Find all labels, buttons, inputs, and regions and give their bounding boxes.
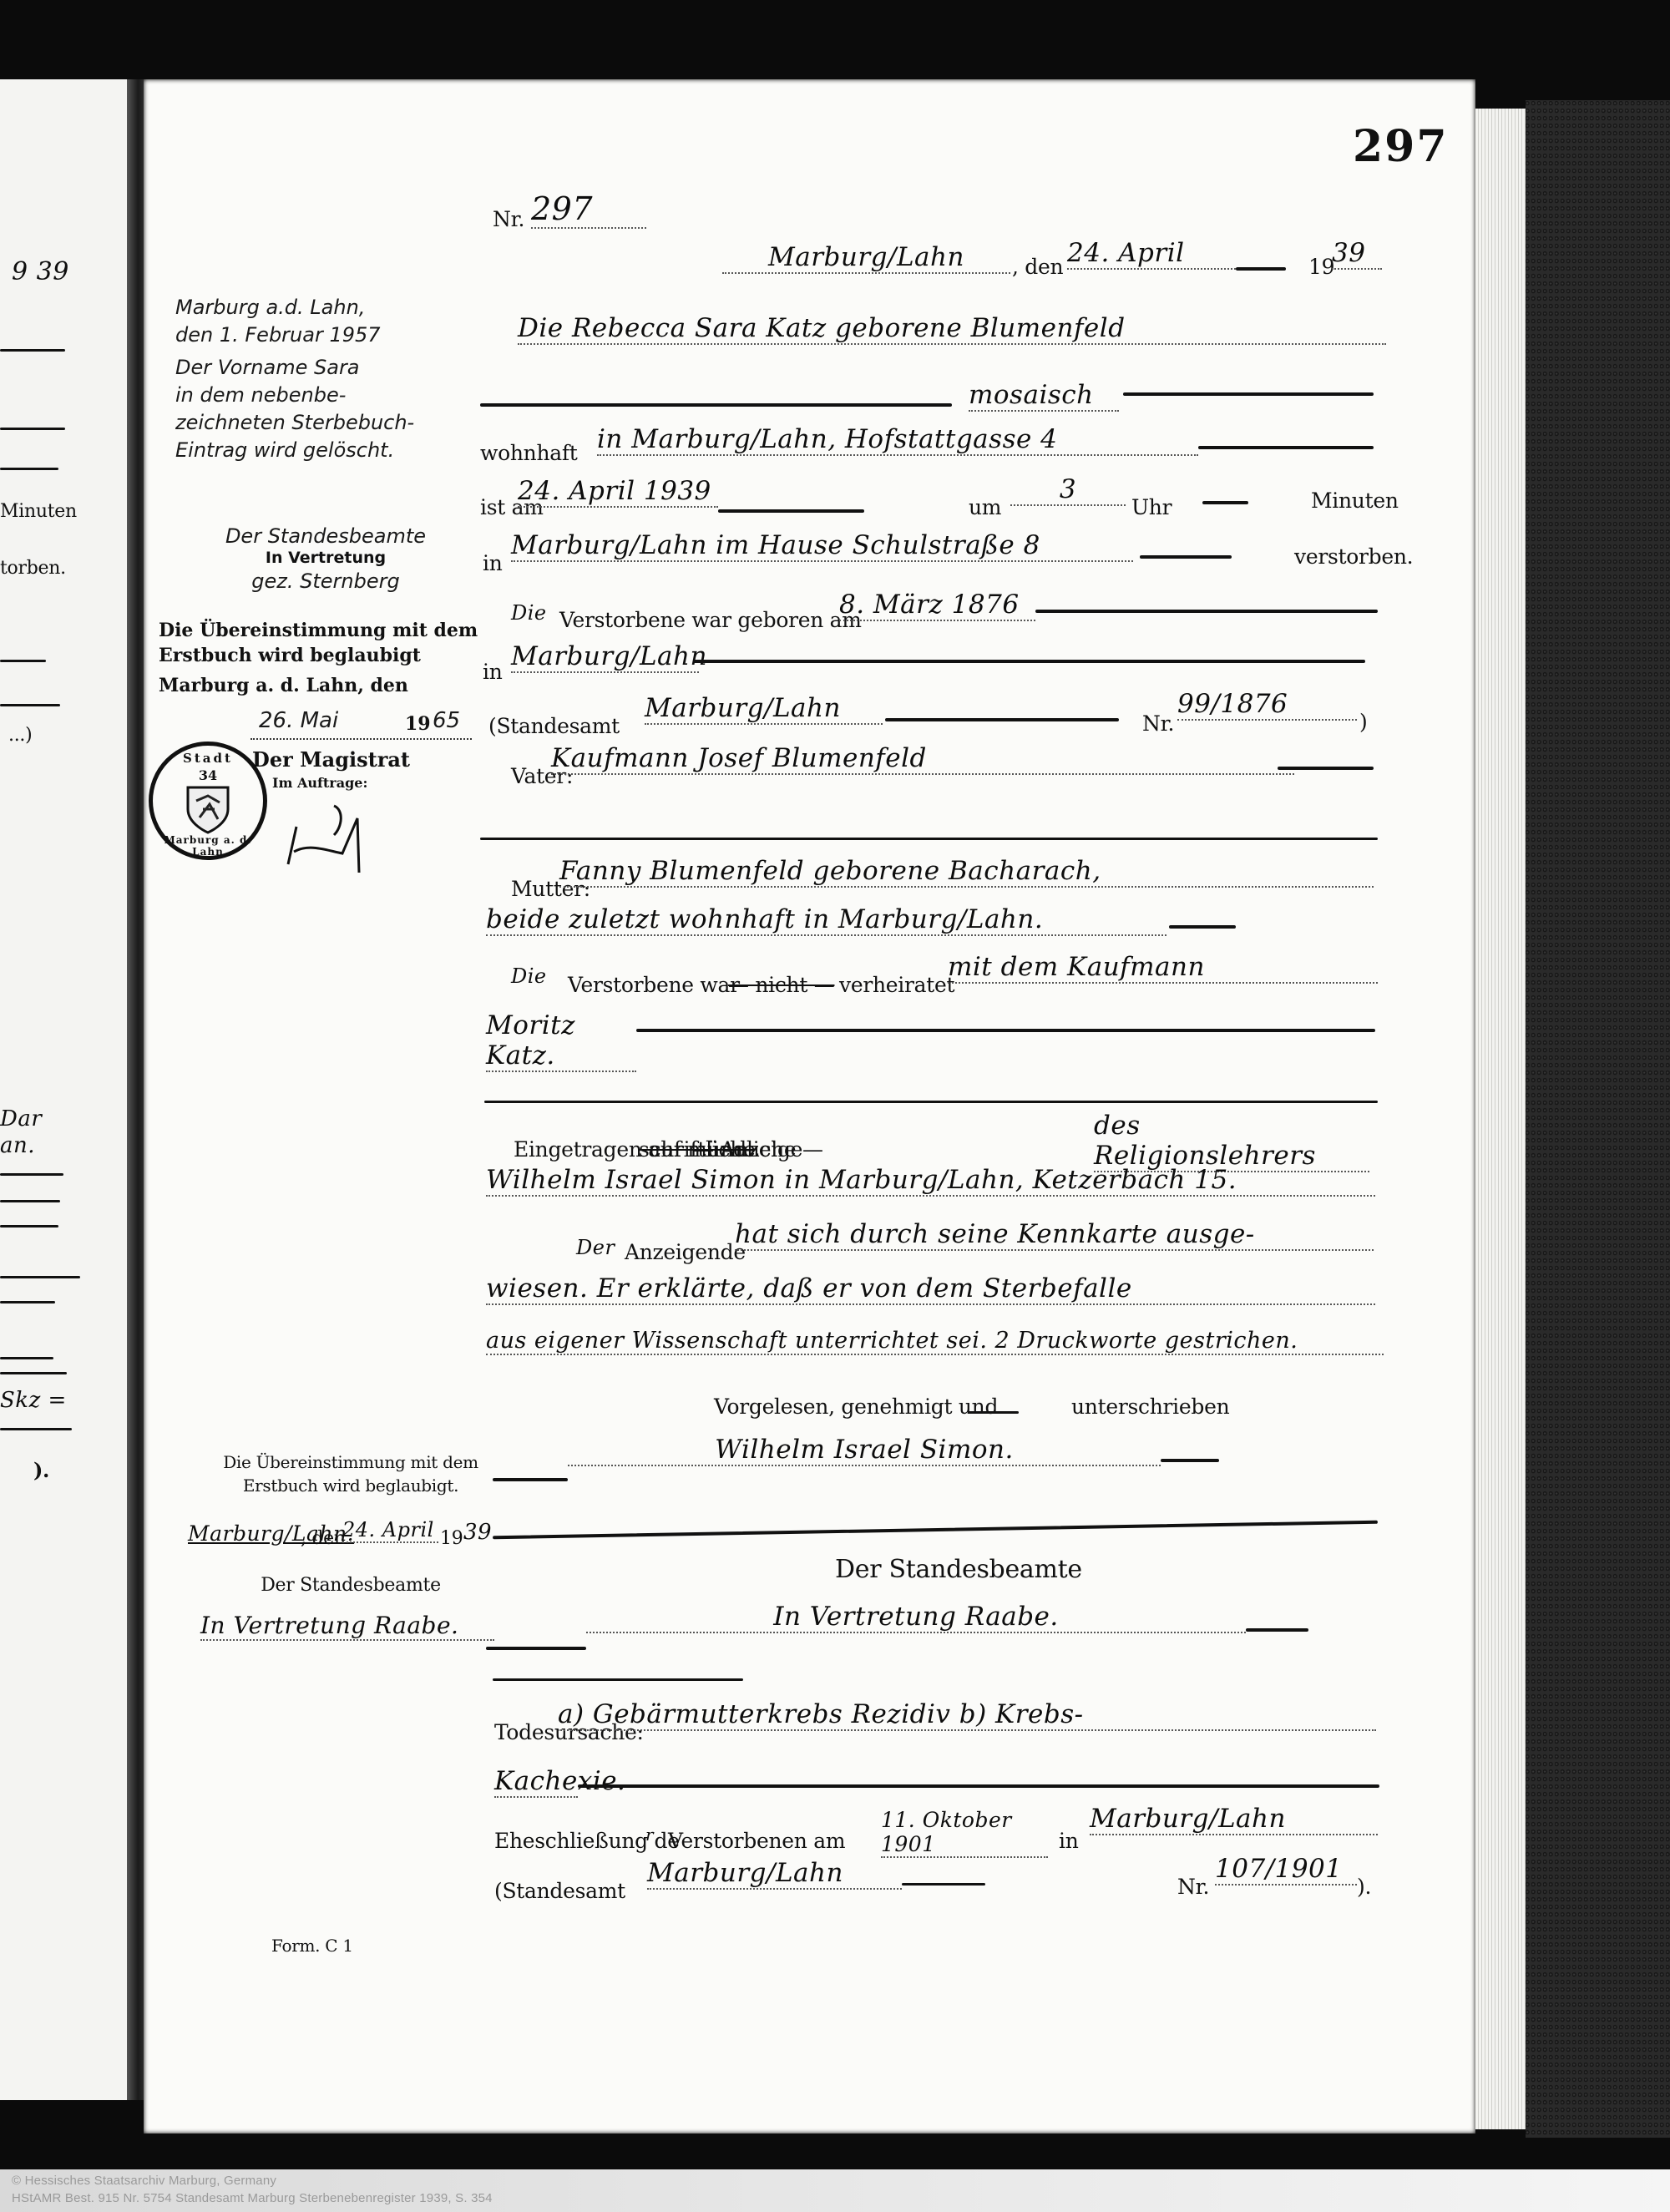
read-label: Vorgelesen, genehmigt und	[714, 1395, 998, 1419]
entry-nr-label: Nr.	[493, 207, 524, 231]
mother: Fanny Blumenfeld geborene Bacharach,	[559, 856, 1374, 888]
seal-number: 34	[153, 767, 263, 783]
married-struck-text: — nicht —	[728, 973, 834, 997]
fill-rule	[1236, 267, 1286, 271]
fill-rule	[718, 509, 864, 513]
cert-1965-date: 26. Mai	[259, 708, 338, 733]
religion: mosaisch	[969, 380, 1119, 412]
born-prefix: Die	[511, 601, 547, 625]
married-label-1: Verstorbene war	[568, 973, 740, 997]
left-rule	[0, 1200, 60, 1202]
cert-1939-den: , den	[301, 1528, 346, 1549]
fill-rule	[969, 1411, 1019, 1414]
birth-nr: 99/1876	[1177, 689, 1357, 721]
born-label: Verstorbene war geboren am	[559, 608, 862, 632]
cert-1965-line1: Die Übereinstimmung mit dem	[159, 618, 478, 643]
left-rule	[0, 704, 60, 706]
fill-rule	[1202, 501, 1248, 504]
cert-1939-date: 24. April	[342, 1518, 438, 1543]
residence-label: wohnhaft	[480, 441, 578, 465]
married-label-2: verheiratet	[839, 973, 954, 997]
fill-rule	[1169, 925, 1236, 929]
left-fragment-paren: ...)	[8, 725, 32, 746]
marriage-label-2: Verstorbenen am	[668, 1829, 845, 1853]
cert-1965-year-prefix: 19	[405, 713, 431, 735]
fill-rule	[1278, 767, 1374, 770]
left-rule	[0, 1276, 80, 1278]
cause-line1: a) Gebärmutterkrebs Rezidiv b) Krebs-	[558, 1699, 1376, 1731]
marriage-nr: 107/1901	[1215, 1854, 1357, 1886]
left-fragment-year: 9 39	[12, 257, 69, 286]
left-rule	[0, 428, 65, 430]
note-date: den 1. Februar 1957	[175, 321, 414, 349]
entry-year-prefix: 19	[1308, 255, 1334, 279]
born-date: 8. März 1876	[839, 590, 1035, 621]
cert-1965-line3: Marburg a. d. Lahn, den	[159, 673, 478, 698]
note-stamp: In Vertretung	[184, 549, 468, 567]
spouse-line1: mit dem Kaufmann	[948, 952, 1378, 984]
note-place: Marburg a.d. Lahn,	[175, 294, 414, 321]
marriage-standesamt: Marburg/Lahn	[647, 1858, 902, 1890]
cert-1965-year-suffix: 65	[433, 708, 460, 733]
note-title: Der Standesbeamte	[184, 524, 468, 548]
fill-rule	[902, 1883, 985, 1886]
fill-rule	[885, 718, 1119, 721]
read-label-2: unterschrieben	[1071, 1395, 1229, 1419]
cert-1965-on-behalf: Im Auftrage:	[272, 775, 367, 791]
minutes-label: Minuten	[1311, 488, 1399, 513]
registrar-title: Der Standesbeamte	[835, 1555, 1082, 1584]
uhr-label: Uhr	[1131, 495, 1172, 519]
verstorben-label: verstorben.	[1294, 544, 1413, 569]
cert-1939-date-line: Marburg/Lahn. , den 24. April 19 39	[188, 1521, 497, 1551]
cert-1939-year-suffix: 39	[463, 1520, 492, 1545]
separator-rule	[493, 1678, 743, 1681]
death-place-in-label: in	[483, 551, 503, 575]
informant-prefix: Der	[576, 1236, 615, 1259]
entry-nr-value: 297	[531, 190, 646, 229]
entry-date: 24. April	[1067, 238, 1236, 270]
married-prefix: Die	[511, 964, 547, 988]
separator-rule	[484, 1101, 1378, 1103]
born-place: Marburg/Lahn	[511, 641, 699, 673]
left-rule	[0, 1357, 53, 1359]
note-text-line: Der Vorname Sara	[175, 354, 414, 382]
certification-1965: Die Übereinstimmung mit dem Erstbuch wir…	[159, 618, 478, 698]
entry-den-label: , den	[1012, 255, 1063, 279]
fill-rule	[486, 1647, 586, 1650]
left-rule	[0, 1428, 72, 1430]
marriage-nr-label: Nr.	[1177, 1875, 1209, 1899]
hour: 3	[1010, 474, 1126, 506]
margin-note-1957: Marburg a.d. Lahn, den 1. Februar 1957 D…	[175, 294, 414, 464]
marriage-in: in	[1059, 1829, 1079, 1853]
separator-rule	[480, 838, 1378, 840]
left-fragment-verstorben: torben.	[0, 558, 66, 579]
page-number: 297	[1353, 121, 1449, 172]
marriage-standesamt-label: (Standesamt	[494, 1879, 625, 1903]
signature-scribble-icon	[284, 802, 376, 877]
left-page-fragment	[0, 79, 138, 2100]
informant-text3: aus eigener Wissenschaft unterrichtet se…	[486, 1328, 1384, 1355]
fill-rule	[636, 1029, 1375, 1032]
birth-standesamt-label: (Standesamt	[488, 714, 620, 738]
cert-1965-authority: Der Magistrat	[252, 747, 410, 772]
informant-signature: Wilhelm Israel Simon.	[568, 1435, 1161, 1466]
left-fragment-skz: Skz =	[0, 1388, 67, 1413]
fill-rule	[1161, 1459, 1219, 1462]
seal-top-text: Stadt	[153, 751, 263, 766]
left-rule	[0, 1372, 67, 1374]
father: Kaufmann Josef Blumenfeld	[551, 743, 1294, 775]
birth-close-paren: )	[1359, 710, 1367, 734]
cert-1939-line1: Die Übereinstimmung mit dem	[200, 1450, 501, 1474]
deceased-name: Die Rebecca Sara Katz geborene Blumenfel…	[518, 313, 1386, 345]
note-text-line: zeichneten Sterbebuch-	[175, 409, 414, 437]
cert-1939-line2: Erstbuch wird beglaubigt.	[200, 1474, 501, 1497]
informant-label: Anzeigende	[625, 1240, 746, 1264]
marriage-close: ).	[1357, 1875, 1371, 1899]
cert-1965-line2: Erstbuch wird beglaubigt	[159, 643, 478, 668]
spouse-line2: Moritz Katz.	[486, 1010, 636, 1072]
left-fragment-close: ).	[33, 1458, 49, 1482]
seal-bottom-text: Marburg a. d. Lahn	[153, 834, 263, 858]
page-edges	[1475, 109, 1526, 2129]
informant-text1: hat sich durch seine Kennkarte ausge-	[735, 1219, 1374, 1251]
entered-label-2: — Anzeige	[693, 1137, 802, 1162]
fill-rule	[1140, 555, 1232, 559]
left-fragment-dar: Dar	[0, 1106, 42, 1131]
cert-1939-signature: In Vertretung Raabe.	[200, 1612, 494, 1641]
died-on: 24. April 1939	[518, 476, 718, 508]
footer-copyright: © Hessisches Staatsarchiv Marburg, Germa…	[12, 2174, 276, 2188]
informant-line1: des Religionslehrers	[1094, 1111, 1369, 1172]
fill-rule	[1123, 392, 1374, 396]
residence: in Marburg/Lahn, Hofstattgasse 4	[597, 424, 1198, 456]
fill-rule	[480, 403, 952, 407]
registrar-signature: In Vertretung Raabe.	[586, 1602, 1246, 1633]
cert-1939-year-prefix: 19	[440, 1528, 463, 1549]
cert-1939-title: Der Standesbeamte	[200, 1575, 501, 1596]
um-label: um	[969, 495, 1001, 519]
cause-line2: Kachexie.	[494, 1766, 578, 1798]
left-rule	[0, 660, 46, 662]
marriage-suffix: r	[645, 1825, 654, 1845]
left-rule	[0, 349, 65, 352]
parents-residence: beide zuletzt wohnhaft in Marburg/Lahn.	[486, 904, 1166, 936]
married-struck: — nicht —	[728, 973, 834, 997]
left-rule	[0, 1173, 63, 1176]
born-in-label: in	[483, 660, 503, 684]
form-label: Form. C 1	[271, 1936, 353, 1956]
city-seal: Stadt 34 Marburg a. d. Lahn	[149, 742, 267, 860]
marriage-place: Marburg/Lahn	[1090, 1804, 1378, 1835]
fill-rule	[493, 1478, 568, 1481]
coat-of-arms-icon	[185, 784, 231, 836]
fill-rule	[1035, 610, 1378, 613]
note-text-line: in dem nebenbe-	[175, 382, 414, 409]
fill-rule	[1198, 446, 1374, 449]
informant-line2: Wilhelm Israel Simon in Marburg/Lahn, Ke…	[486, 1165, 1375, 1197]
birth-standesamt: Marburg/Lahn	[645, 693, 883, 725]
footer-reference: HStAMR Best. 915 Nr. 5754 Standesamt Mar…	[12, 2191, 493, 2205]
death-place: Marburg/Lahn im Hause Schulstraße 8	[511, 530, 1133, 562]
book-cover	[1526, 100, 1670, 2138]
fill-rule	[1246, 1628, 1308, 1632]
informant-text2: wiesen. Er erklärte, daß er von dem Ster…	[486, 1273, 1375, 1305]
marriage-date: 11. Oktober 1901	[881, 1808, 1048, 1858]
left-fragment-an: an.	[0, 1133, 35, 1158]
certification-1939: Die Übereinstimmung mit dem Erstbuch wir…	[200, 1450, 501, 1497]
fill-rule	[578, 1784, 1379, 1788]
birth-nr-label: Nr.	[1142, 711, 1174, 736]
left-rule	[0, 468, 58, 470]
fill-rule	[693, 660, 1365, 663]
entry-place: Marburg/Lahn	[722, 242, 1010, 274]
left-fragment-minuten: Minuten	[0, 501, 77, 522]
book-gutter	[127, 79, 145, 2100]
cert-1965-date-field: 26. Mai 19 65	[250, 708, 472, 740]
note-signature: gez. Sternberg	[184, 569, 468, 593]
entry-year-suffix: 39	[1332, 238, 1382, 270]
left-rule	[0, 1301, 55, 1303]
note-text-line: Eintrag wird gelöscht.	[175, 437, 414, 464]
left-rule	[0, 1225, 58, 1227]
